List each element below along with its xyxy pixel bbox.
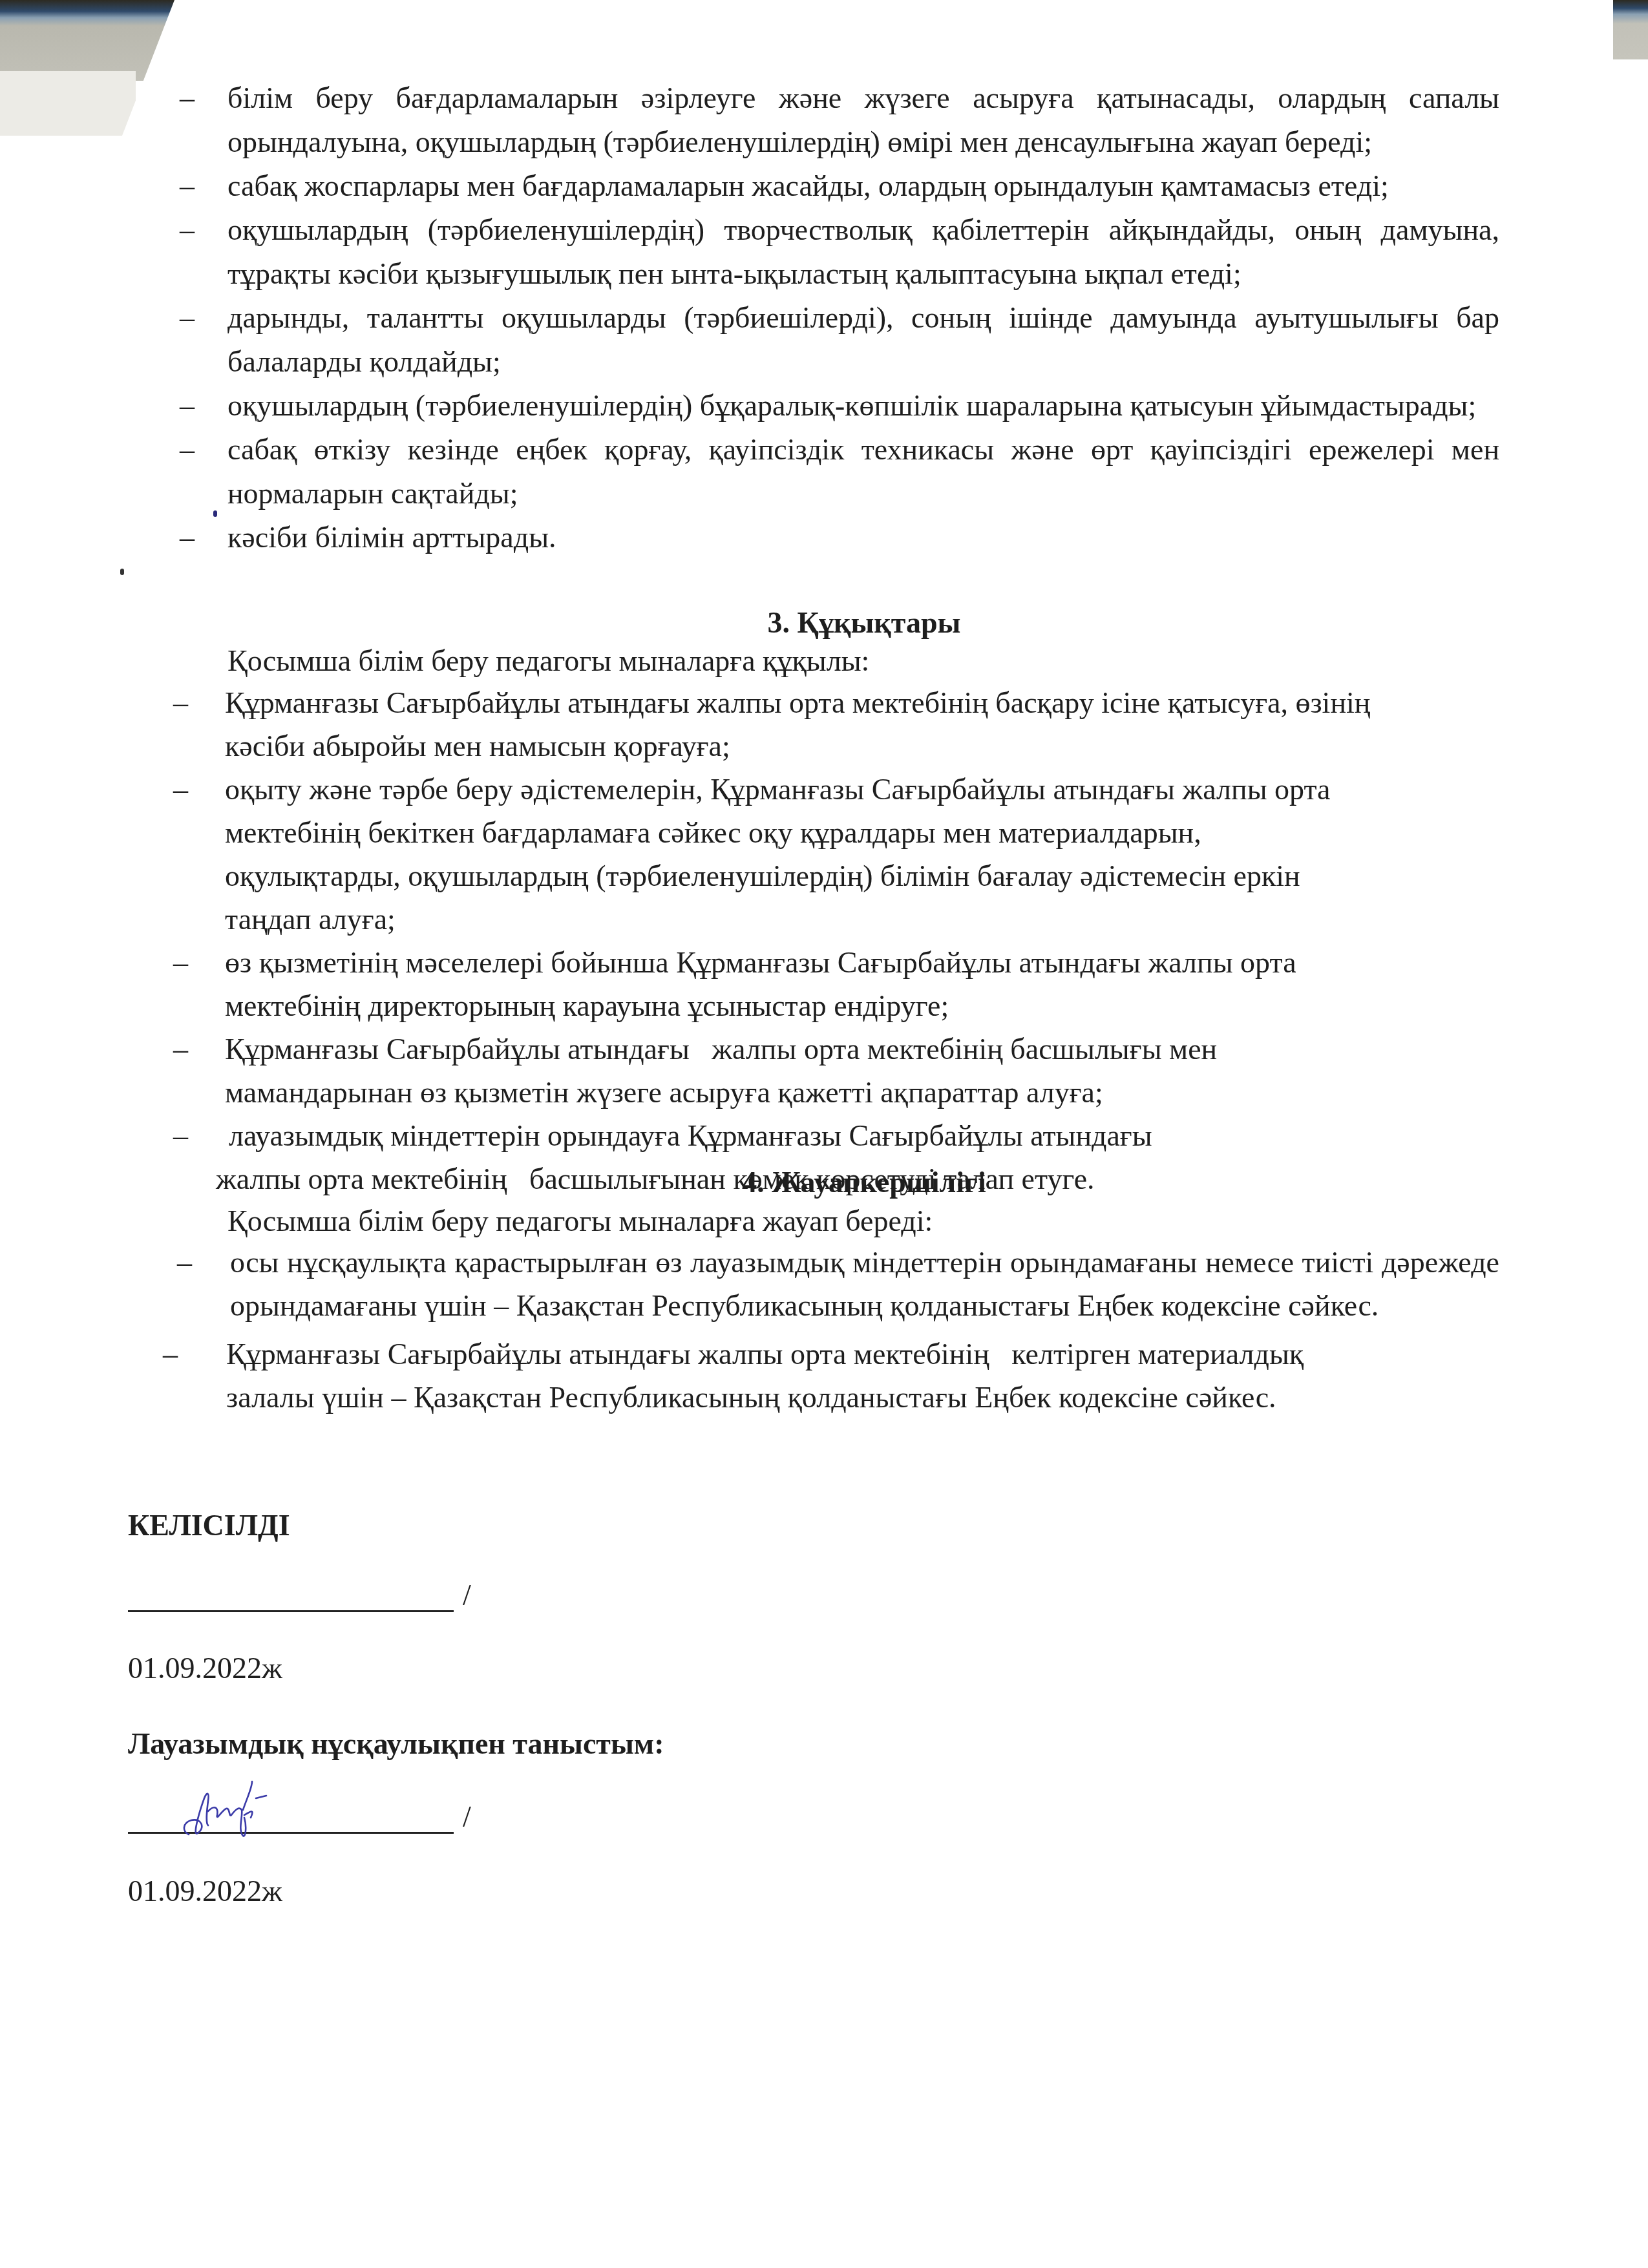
list-item-text: сабақ өткізу кезінде еңбек қорғау, қауіп… — [227, 428, 1499, 516]
list-item-text: кәсіби білімін арттырады. — [227, 516, 1499, 560]
line: кәсіби абыройы мен намысын қорғауға; — [225, 724, 1466, 768]
line: Құрманғазы Сағырбайұлы атындағы жалпы ор… — [225, 681, 1466, 724]
dash-bullet: – — [163, 1332, 178, 1376]
section-intro-responsibility: Қосымша білім беру педагогы мыналарға жа… — [227, 1202, 933, 1241]
dash-bullet: – — [180, 76, 195, 120]
list-item: –сабақ өткізу кезінде еңбек қорғау, қауі… — [0, 428, 1499, 516]
list-item-text: білім беру бағдарламаларын әзірлеуге жән… — [227, 76, 1499, 164]
dash-bullet: – — [173, 768, 188, 811]
list-item: –білім беру бағдарламаларын әзірлеуге жә… — [0, 76, 1499, 164]
dash-bullet: – — [180, 164, 195, 208]
responsibility-list: –осы нұсқаулықта қарастырылған өз лауазы… — [0, 1241, 1648, 1419]
line: мектебінің бекіткен бағдарламаға сәйкес … — [225, 811, 1466, 854]
list-item: –осы нұсқаулықта қарастырылған өз лауазы… — [0, 1241, 1499, 1327]
line: Құрманғазы Сағырбайұлы атындағы жалпы ор… — [226, 1332, 1454, 1376]
line: таңдап алуға; — [225, 898, 1466, 941]
list-item: – оқыту және тәрбе беру әдістемелерін, Қ… — [0, 768, 1466, 941]
dash-bullet: – — [180, 384, 195, 428]
list-item-text: дарынды, талантты оқушыларды (тәрбиешіле… — [227, 296, 1499, 384]
line: лауазымдық міндеттерін орындауға Құрманғ… — [229, 1114, 1466, 1157]
dash-bullet: – — [177, 1241, 192, 1284]
line: Құрманғазы Сағырбайұлы атындағы жалпы ор… — [225, 1027, 1466, 1071]
date-agreed: 01.09.2022ж — [128, 1651, 282, 1685]
rights-list: – Құрманғазы Сағырбайұлы атындағы жалпы … — [0, 681, 1648, 1201]
list-item: – Құрманғазы Сағырбайұлы атындағы жалпы … — [0, 1027, 1466, 1114]
dash-bullet: – — [173, 1114, 188, 1157]
line: өз қызметінің мәселелері бойынша Құрманғ… — [225, 941, 1466, 984]
signature-line-employee: / — [128, 1798, 471, 1834]
dash-bullet: – — [173, 941, 188, 984]
list-item: – өз қызметінің мәселелері бойынша Құрма… — [0, 941, 1466, 1027]
signature-underline — [128, 1577, 454, 1612]
section-title-responsibility: 4. Жауапкершілігі — [40, 1163, 1648, 1202]
line: мамандарынан өз қызметін жүзеге асыруға … — [225, 1071, 1466, 1114]
slash: / — [463, 1800, 471, 1833]
dash-bullet: – — [173, 1027, 188, 1071]
section-intro-rights: Қосымша білім беру педагогы мыналарға құ… — [227, 642, 869, 680]
list-item: – Құрманғазы Сағырбайұлы атындағы жалпы … — [0, 681, 1466, 768]
list-item: – Құрманғазы Сағырбайұлы атындағы жалпы … — [0, 1332, 1454, 1419]
dash-bullet: – — [180, 208, 195, 252]
slash: / — [463, 1579, 471, 1612]
line: оқулықтарды, оқушылардың (тәрбиеленушіле… — [225, 854, 1466, 898]
signature-underline — [128, 1798, 454, 1834]
list-item: –кәсіби білімін арттырады. — [0, 516, 1499, 560]
line: оқыту және тәрбе беру әдістемелерін, Құр… — [225, 768, 1466, 811]
duties-list: –білім беру бағдарламаларын әзірлеуге жә… — [0, 76, 1648, 560]
section-title-rights: 3. Құқықтары — [40, 604, 1648, 642]
list-item-text: осы нұсқаулықта қарастырылған өз лауазым… — [230, 1241, 1499, 1327]
list-item-text: сабақ жоспарлары мен бағдарламаларын жас… — [227, 164, 1499, 208]
date-employee: 01.09.2022ж — [128, 1874, 282, 1908]
dash-bullet: – — [180, 296, 195, 340]
ink-mark — [213, 510, 217, 517]
list-item-text: оқушылардың (тәрбиеленушілердің) творчес… — [227, 208, 1499, 296]
list-item: –дарынды, талантты оқушыларды (тәрбиешіл… — [0, 296, 1499, 384]
document-page: –білім беру бағдарламаларын әзірлеуге жә… — [0, 0, 1648, 2268]
list-item: –сабақ жоспарлары мен бағдарламаларын жа… — [0, 164, 1499, 208]
acknowledgement-label: Лауазымдық нұсқаулықпен таныстым: — [128, 1727, 664, 1761]
ink-mark — [120, 569, 124, 575]
list-item-text: оқушылардың (тәрбиеленушілердің) бұқарал… — [227, 384, 1499, 428]
handwritten-signature-icon — [180, 1772, 277, 1843]
line: залалы үшін – Қазақстан Республикасының … — [226, 1376, 1454, 1419]
dash-bullet: – — [180, 516, 195, 560]
dash-bullet: – — [173, 681, 188, 724]
list-item: –оқушылардың (тәрбиеленушілердің) бұқара… — [0, 384, 1499, 428]
dash-bullet: – — [180, 428, 195, 472]
agreed-label: КЕЛІСІЛДІ — [128, 1508, 290, 1542]
line: мектебінің директорының карауына ұсыныст… — [225, 984, 1466, 1027]
list-item: –оқушылардың (тәрбиеленушілердің) творче… — [0, 208, 1499, 296]
signature-line-agreed: / — [128, 1577, 471, 1612]
